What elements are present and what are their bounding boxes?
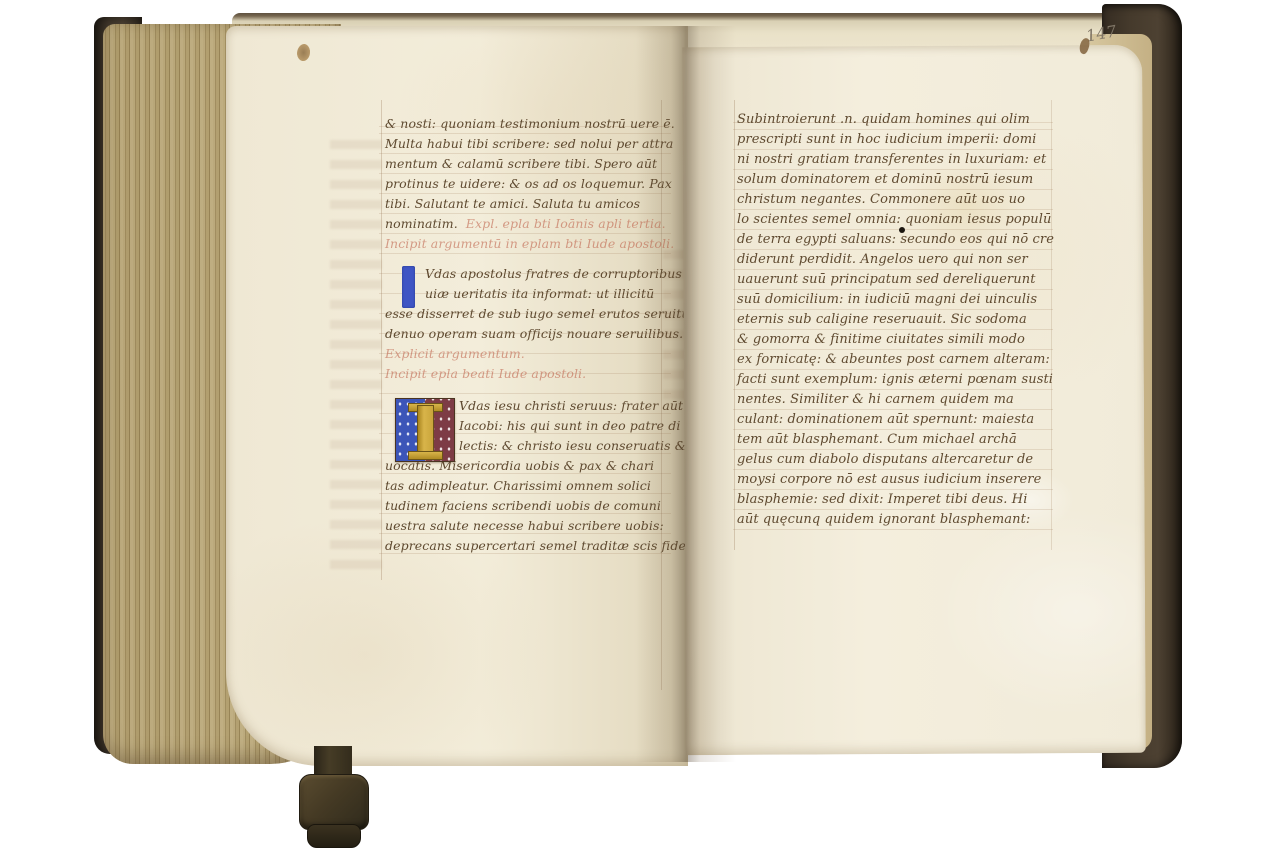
manuscript-line: aūt quęcunq quidem ignorant blasphemant: — [737, 510, 1053, 530]
gold-initial-serif-bottom — [408, 451, 443, 460]
manuscript-line: uestra salute necesse habui scribere uob… — [385, 516, 667, 536]
illuminated-initial-i — [395, 398, 455, 462]
manuscript-line: deprecans supercertari semel traditæ sci… — [385, 536, 667, 556]
manuscript-line: mentum & calamū scribere tibi. Spero aūt — [385, 154, 667, 174]
manuscript-line: christum negantes. Commonere aūt uos uo — [737, 190, 1053, 210]
manuscript-line: tas adimpleatur. Charissimi omnem solici — [385, 476, 667, 496]
manuscript-line: uauerunt suū principatum sed dereliqueru… — [737, 270, 1053, 290]
left-text-closing-john: & nosti: quoniam testimonium nostrū uere… — [385, 114, 667, 254]
manuscript-line: tem aūt blasphemant. Cum michael archā — [737, 430, 1053, 450]
photo-background: & nosti: quoniam testimonium nostrū uere… — [0, 0, 1280, 860]
manuscript-line-end: nominatim. — [385, 216, 458, 231]
left-text-epistle-jude: Vdas iesu christi seruus: frater aūt Iac… — [385, 396, 667, 556]
manuscript-line: blasphemie: sed dixit: Imperet tibi deus… — [737, 490, 1053, 510]
metal-clasp — [299, 774, 369, 830]
gutter-shadow — [636, 26, 736, 762]
manuscript-line: Vdas apostolus fratres de corruptoribus — [385, 264, 667, 284]
left-text-argument: Vdas apostolus fratres de corruptoribus … — [385, 264, 667, 384]
manuscript-line: gelus cum diabolo disputans altercaretur… — [737, 450, 1053, 470]
ink-spot-right-page — [899, 227, 905, 233]
manuscript-line: moysi corpore nō est ausus iudicium inse… — [737, 470, 1053, 490]
margin-rule-left-1 — [381, 100, 382, 580]
manuscript-line: uiæ ueritatis ita informat: ut illicitū — [385, 284, 667, 304]
manuscript-line: solum dominatorem et dominū nostrū iesum — [737, 170, 1053, 190]
manuscript-line: facti sunt exemplum: ignis æterni pœnam … — [737, 370, 1053, 390]
clasp-knob — [307, 824, 361, 848]
manuscript-line: nentes. Similiter & hi carnem quidem ma — [737, 390, 1053, 410]
gold-initial-stem — [417, 405, 434, 457]
manuscript-line: ni nostri gratiam transferentes in luxur… — [737, 150, 1053, 170]
manuscript-line: nominatim.Expl. epla bti Ioānis apli ter… — [385, 214, 667, 234]
manuscript-line: esse disserret de sub iugo semel erutos … — [385, 304, 667, 324]
rubric-explicit-argument: Explicit argumentum. — [385, 344, 667, 364]
manuscript-line: suū domicilium: in iudiciū magni dei uin… — [737, 290, 1053, 310]
manuscript-line: protinus te uidere: & os ad os loquemur.… — [385, 174, 667, 194]
manuscript-line: Subintroierunt .n. quidam homines qui ol… — [737, 110, 1053, 130]
show-through-left-margin — [330, 140, 382, 570]
right-text-block: Subintroierunt .n. quidam homines qui ol… — [737, 110, 1053, 530]
manuscript-line: prescripti sunt in hoc iudicium imperii:… — [737, 130, 1053, 150]
manuscript-line: ex fornicatę: & abeuntes post carnem alt… — [737, 350, 1053, 370]
manuscript-line: de terra egypti saluans: secundo eos qui… — [737, 230, 1053, 250]
manuscript-line: tibi. Salutant te amici. Saluta tu amico… — [385, 194, 667, 214]
manuscript-line: Multa habui tibi scribere: sed nolui per… — [385, 134, 667, 154]
manuscript-line: & gomorra & finitime ciuitates simili mo… — [737, 330, 1053, 350]
blue-initial-i — [402, 266, 415, 308]
manuscript-line: diderunt perdidit. Angelos uero qui non … — [737, 250, 1053, 270]
manuscript-line: tudinem faciens scribendi uobis de comun… — [385, 496, 667, 516]
manuscript-line: lo scientes semel omnia: quoniam iesus p… — [737, 210, 1053, 230]
rubric-incipit-jude: Incipit epla beati Iude apostoli. — [385, 364, 667, 384]
manuscript-line: & nosti: quoniam testimonium nostrū uere… — [385, 114, 667, 134]
manuscript-line: culant: dominationem aūt spernunt: maies… — [737, 410, 1053, 430]
manuscript-line: eternis sub caligine reseruauit. Sic sod… — [737, 310, 1053, 330]
rubric-incipit-argument: Incipit argumentū in eplam bti Iude apos… — [385, 234, 667, 254]
manuscript-line: denuo operam suam officijs nouare seruil… — [385, 324, 667, 344]
